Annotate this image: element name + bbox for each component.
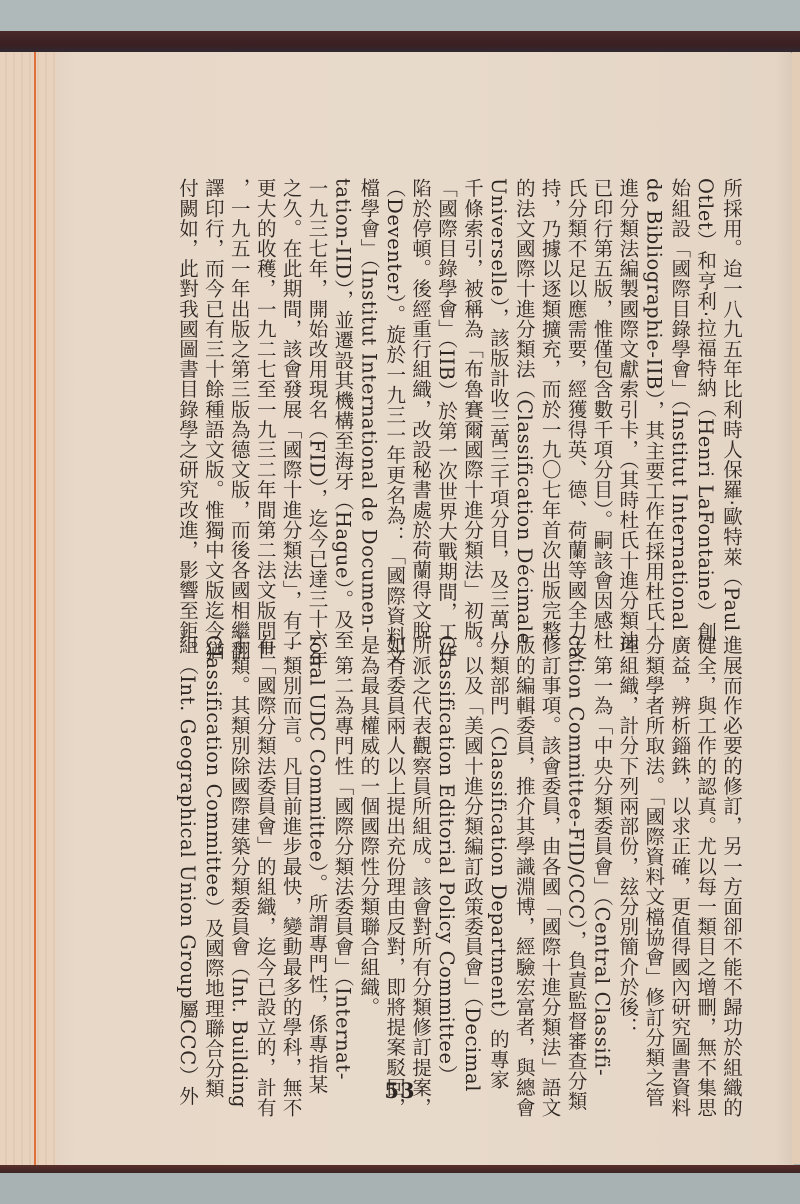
text-column: Classification Committee）及國際地理聯合分類 bbox=[200, 635, 226, 1055]
text-column: ional UDC Committee）。所謂專門性，係專指某 bbox=[304, 635, 330, 1055]
text-column: ，以及「美國十進分類編訂政策委員會」（Decimal bbox=[459, 635, 485, 1055]
text-column: 分類部門（Classification Department）的專家 bbox=[485, 635, 511, 1055]
text-column: 付闕如，此對我國圖書目錄學之研究改進，影響至鉅。 bbox=[174, 178, 200, 606]
text-column: 檔學會」（Institut International de Documen- bbox=[355, 178, 381, 606]
text-column: 版的編輯委員，推介其學識淵博，經驗宏富者，與總會 bbox=[511, 635, 537, 1055]
text-column: 十類。其類別除國際建築分類委員會（Int. Building bbox=[226, 635, 252, 1055]
book-cover-top-edge bbox=[0, 31, 800, 53]
text-column: 已印行第五版，惟僅包含數千項分目）。嗣該會因感杜 bbox=[589, 178, 615, 606]
text-column: 千條索引，被稱為「布魯賽爾國際十進分類法」初版。 bbox=[459, 178, 485, 606]
text-column: 如有委員兩人以上提出充份理由反對，即將提案駁回， bbox=[381, 635, 407, 1055]
text-column: 之久。在此期間，該會發展「國際十進分類法」，有了 bbox=[278, 178, 304, 606]
text-column: Classification Editorial Policy Committe… bbox=[433, 635, 459, 1055]
text-column: 更大的收穫，一九二七至一九三二年間第二法文版問世 bbox=[252, 178, 278, 606]
text-column: 譯印行，而今已有三十餘種語文版。惟獨中文版迄今猶 bbox=[200, 178, 226, 606]
text-column: tation-IID），並遷設其機構至海牙（Hague）。及至 bbox=[330, 178, 356, 606]
text-column: 的法文國際十進分類法（Classification Décimale bbox=[511, 178, 537, 606]
text-column: 理組織，計分下列兩部份，玆分別簡介於後： bbox=[614, 635, 640, 1055]
text-column: 是為最具權威的一個國際性分類聯合組織。 bbox=[355, 635, 381, 1055]
bottom-text-block: 進展而作必要的修訂，另一方面卻不能不歸功於組織的健全，與工作的認真。尤以每一類目… bbox=[104, 635, 744, 1055]
text-column: 氏分類不足以應需要，經獲得英、德、荷蘭等國全力支 bbox=[563, 178, 589, 606]
text-column: 陷於停頓。後經重行組織，改設秘書處於荷蘭得文脫 bbox=[407, 178, 433, 606]
text-column: 廣益，辨析錙銖，以求正確，更值得國內研究圖書資料 bbox=[666, 635, 692, 1055]
text-column: 所派之代表觀察員所組成。該會對所有分類修訂提案， bbox=[407, 635, 433, 1055]
text-column: 「國際目錄學會」（IIB）於第一次世界大戰期間，工作 bbox=[433, 178, 459, 606]
text-column: cation Committee-FID/CCC），負責監督審查分類 bbox=[563, 635, 589, 1055]
page-stack-edge bbox=[0, 52, 56, 1167]
text-column: Otlet）和亨利‧拉福特納（Henri LaFontaine）創 bbox=[692, 178, 718, 606]
text-column: 一類別而言。凡目前進步最快，變動最多的學科，無不 bbox=[278, 635, 304, 1055]
text-column: 第二為專門性「國際分類法委員會」（Internat- bbox=[330, 635, 356, 1055]
page-number: 53 bbox=[0, 1078, 800, 1103]
text-column: de Bibliographie-IIB），其主要工作在採用杜氏十 bbox=[640, 178, 666, 606]
text-column: 分類學者所取法。「國際資料文檔協會」修訂分類之管 bbox=[640, 635, 666, 1055]
next-page-edge bbox=[792, 52, 800, 1164]
page-edge-stripe bbox=[34, 52, 36, 1167]
text-column: 健全，與工作的認真。尤以每一類目之增刪，無不集思 bbox=[692, 635, 718, 1055]
text-column: 一九三七年，開始改用現名（FID），迄今已達三十六年 bbox=[304, 178, 330, 606]
backdrop bbox=[0, 0, 800, 32]
text-column: 組（Int. Geographical Union Group屬CCC）外 bbox=[174, 635, 200, 1055]
text-column: （Deventer）。旋於一九三一年更名為：「國際資料文 bbox=[381, 178, 407, 606]
text-column: 有「國際分類法委員會」的組織，迄今已設立的，計有 bbox=[252, 635, 278, 1055]
text-column: 持，乃據以逐類擴充，而於一九〇七年首次出版完整 bbox=[537, 178, 563, 606]
text-column: ，一九五一年出版之第三版為德文版，而後各國相繼翻 bbox=[226, 178, 252, 606]
text-column: 始組設「國際目錄學會」（Institut International bbox=[666, 178, 692, 606]
text-column: Universelle），該版計收三萬三千項分目，及三萬八 bbox=[485, 178, 511, 606]
book-cover-bottom-edge bbox=[0, 1165, 800, 1173]
top-text-block: 所採用。迨一八九五年比利時人保羅‧歐特萊（PaulOtlet）和亨利‧拉福特納（… bbox=[104, 178, 744, 606]
text-column: 修訂事項。該會委員，由各國「國際十進分類法」語文 bbox=[537, 635, 563, 1055]
text-column: 進分類法編製國際文獻索引卡，（其時杜氏十進分類法 bbox=[614, 178, 640, 606]
text-column: 第一為「中央分類委員會」（Central Classifi- bbox=[589, 635, 615, 1055]
text-column: 進展而作必要的修訂，另一方面卻不能不歸功於組織的 bbox=[718, 635, 744, 1055]
text-column: 所採用。迨一八九五年比利時人保羅‧歐特萊（Paul bbox=[718, 178, 744, 606]
